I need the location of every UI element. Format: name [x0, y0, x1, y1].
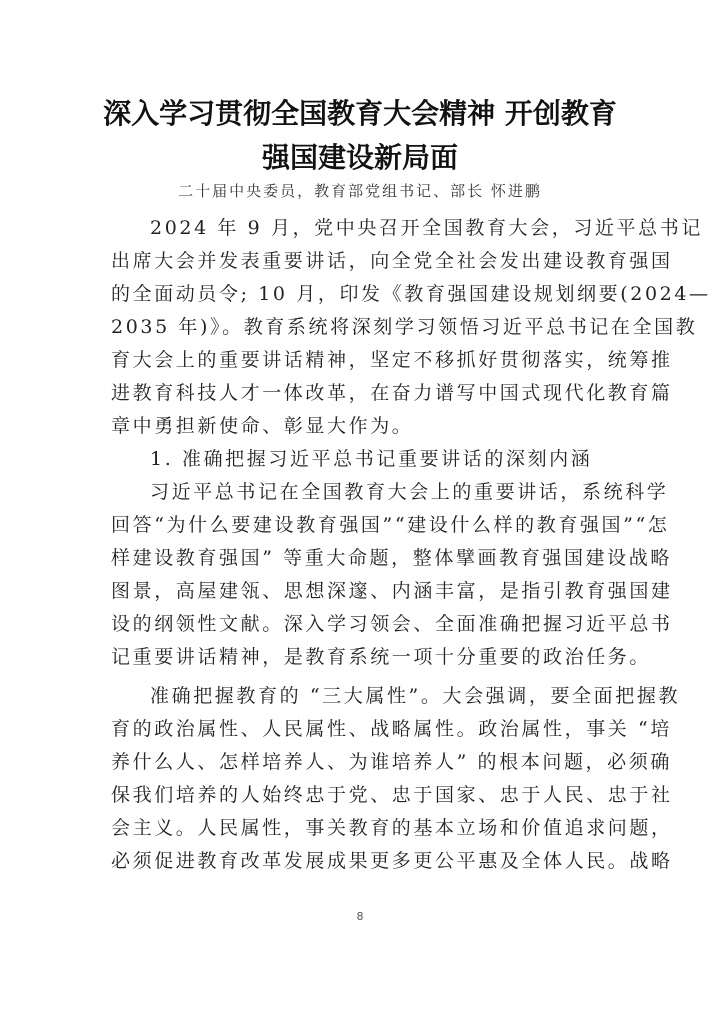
- paragraph-line: 回答“为什么要建设教育强国”“建设什么样的教育强国”“怎: [111, 513, 611, 537]
- paragraph-line: 图景，高屋建瓴、思想深邃、内涵丰富，是指引教育强国建: [111, 579, 611, 603]
- paragraph-line: 2035 年)》。教育系统将深刻学习领悟习近平总书记在全国教: [111, 315, 611, 339]
- paragraph-line: 2024 年 9 月，党中央召开全国教育大会，习近平总书记: [150, 216, 650, 240]
- paragraph-line: 出席大会并发表重要讲话，向全党全社会发出建设教育强国: [111, 249, 611, 273]
- document-page: 深入学习贯彻全国教育大会精神 开创教育 强国建设新局面 二十届中央委员，教育部党…: [0, 0, 720, 1018]
- paragraph-line: 的全面动员令; 10 月，印发《教育强国建设规划纲要(2024—: [111, 282, 611, 306]
- paragraph-line: 育大会上的重要讲话精神，坚定不移抓好贯彻落实，统筹推: [111, 348, 611, 372]
- paragraph-line: 养什么人、怎样培养人、为谁培养人” 的根本问题，必须确: [111, 750, 611, 774]
- page-number: 8: [0, 910, 720, 923]
- paragraph-line: 准确把握教育的 “三大属性”。大会强调，要全面把握教: [150, 684, 650, 708]
- document-title-line-2: 强国建设新局面: [100, 136, 620, 176]
- author-byline: 二十届中央委员，教育部党组书记、部长 怀进鹏: [100, 180, 620, 201]
- section-heading: 1. 准确把握习近平总书记重要讲话的深刻内涵: [150, 447, 650, 471]
- document-title-line-1: 深入学习贯彻全国教育大会精神 开创教育: [100, 92, 620, 132]
- paragraph-line: 必须促进教育改革发展成果更多更公平惠及全体人民。战略: [111, 849, 611, 873]
- paragraph-line: 记重要讲话精神，是教育系统一项十分重要的政治任务。: [111, 645, 611, 669]
- paragraph-line: 进教育科技人才一体改革，在奋力谱写中国式现代化教育篇: [111, 381, 611, 405]
- paragraph-line: 会主义。人民属性，事关教育的基本立场和价值追求问题，: [111, 816, 611, 840]
- paragraph-line: 设的纲领性文献。深入学习领会、全面准确把握习近平总书: [111, 612, 611, 636]
- paragraph-line: 章中勇担新使命、彰显大作为。: [111, 414, 611, 438]
- paragraph-line: 习近平总书记在全国教育大会上的重要讲话，系统科学: [150, 480, 650, 504]
- paragraph-line: 育的政治属性、人民属性、战略属性。政治属性，事关 “培: [111, 717, 611, 741]
- paragraph-line: 样建设教育强国” 等重大命题，整体擘画教育强国建设战略: [111, 546, 611, 570]
- paragraph-line: 保我们培养的人始终忠于党、忠于国家、忠于人民、忠于社: [111, 783, 611, 807]
